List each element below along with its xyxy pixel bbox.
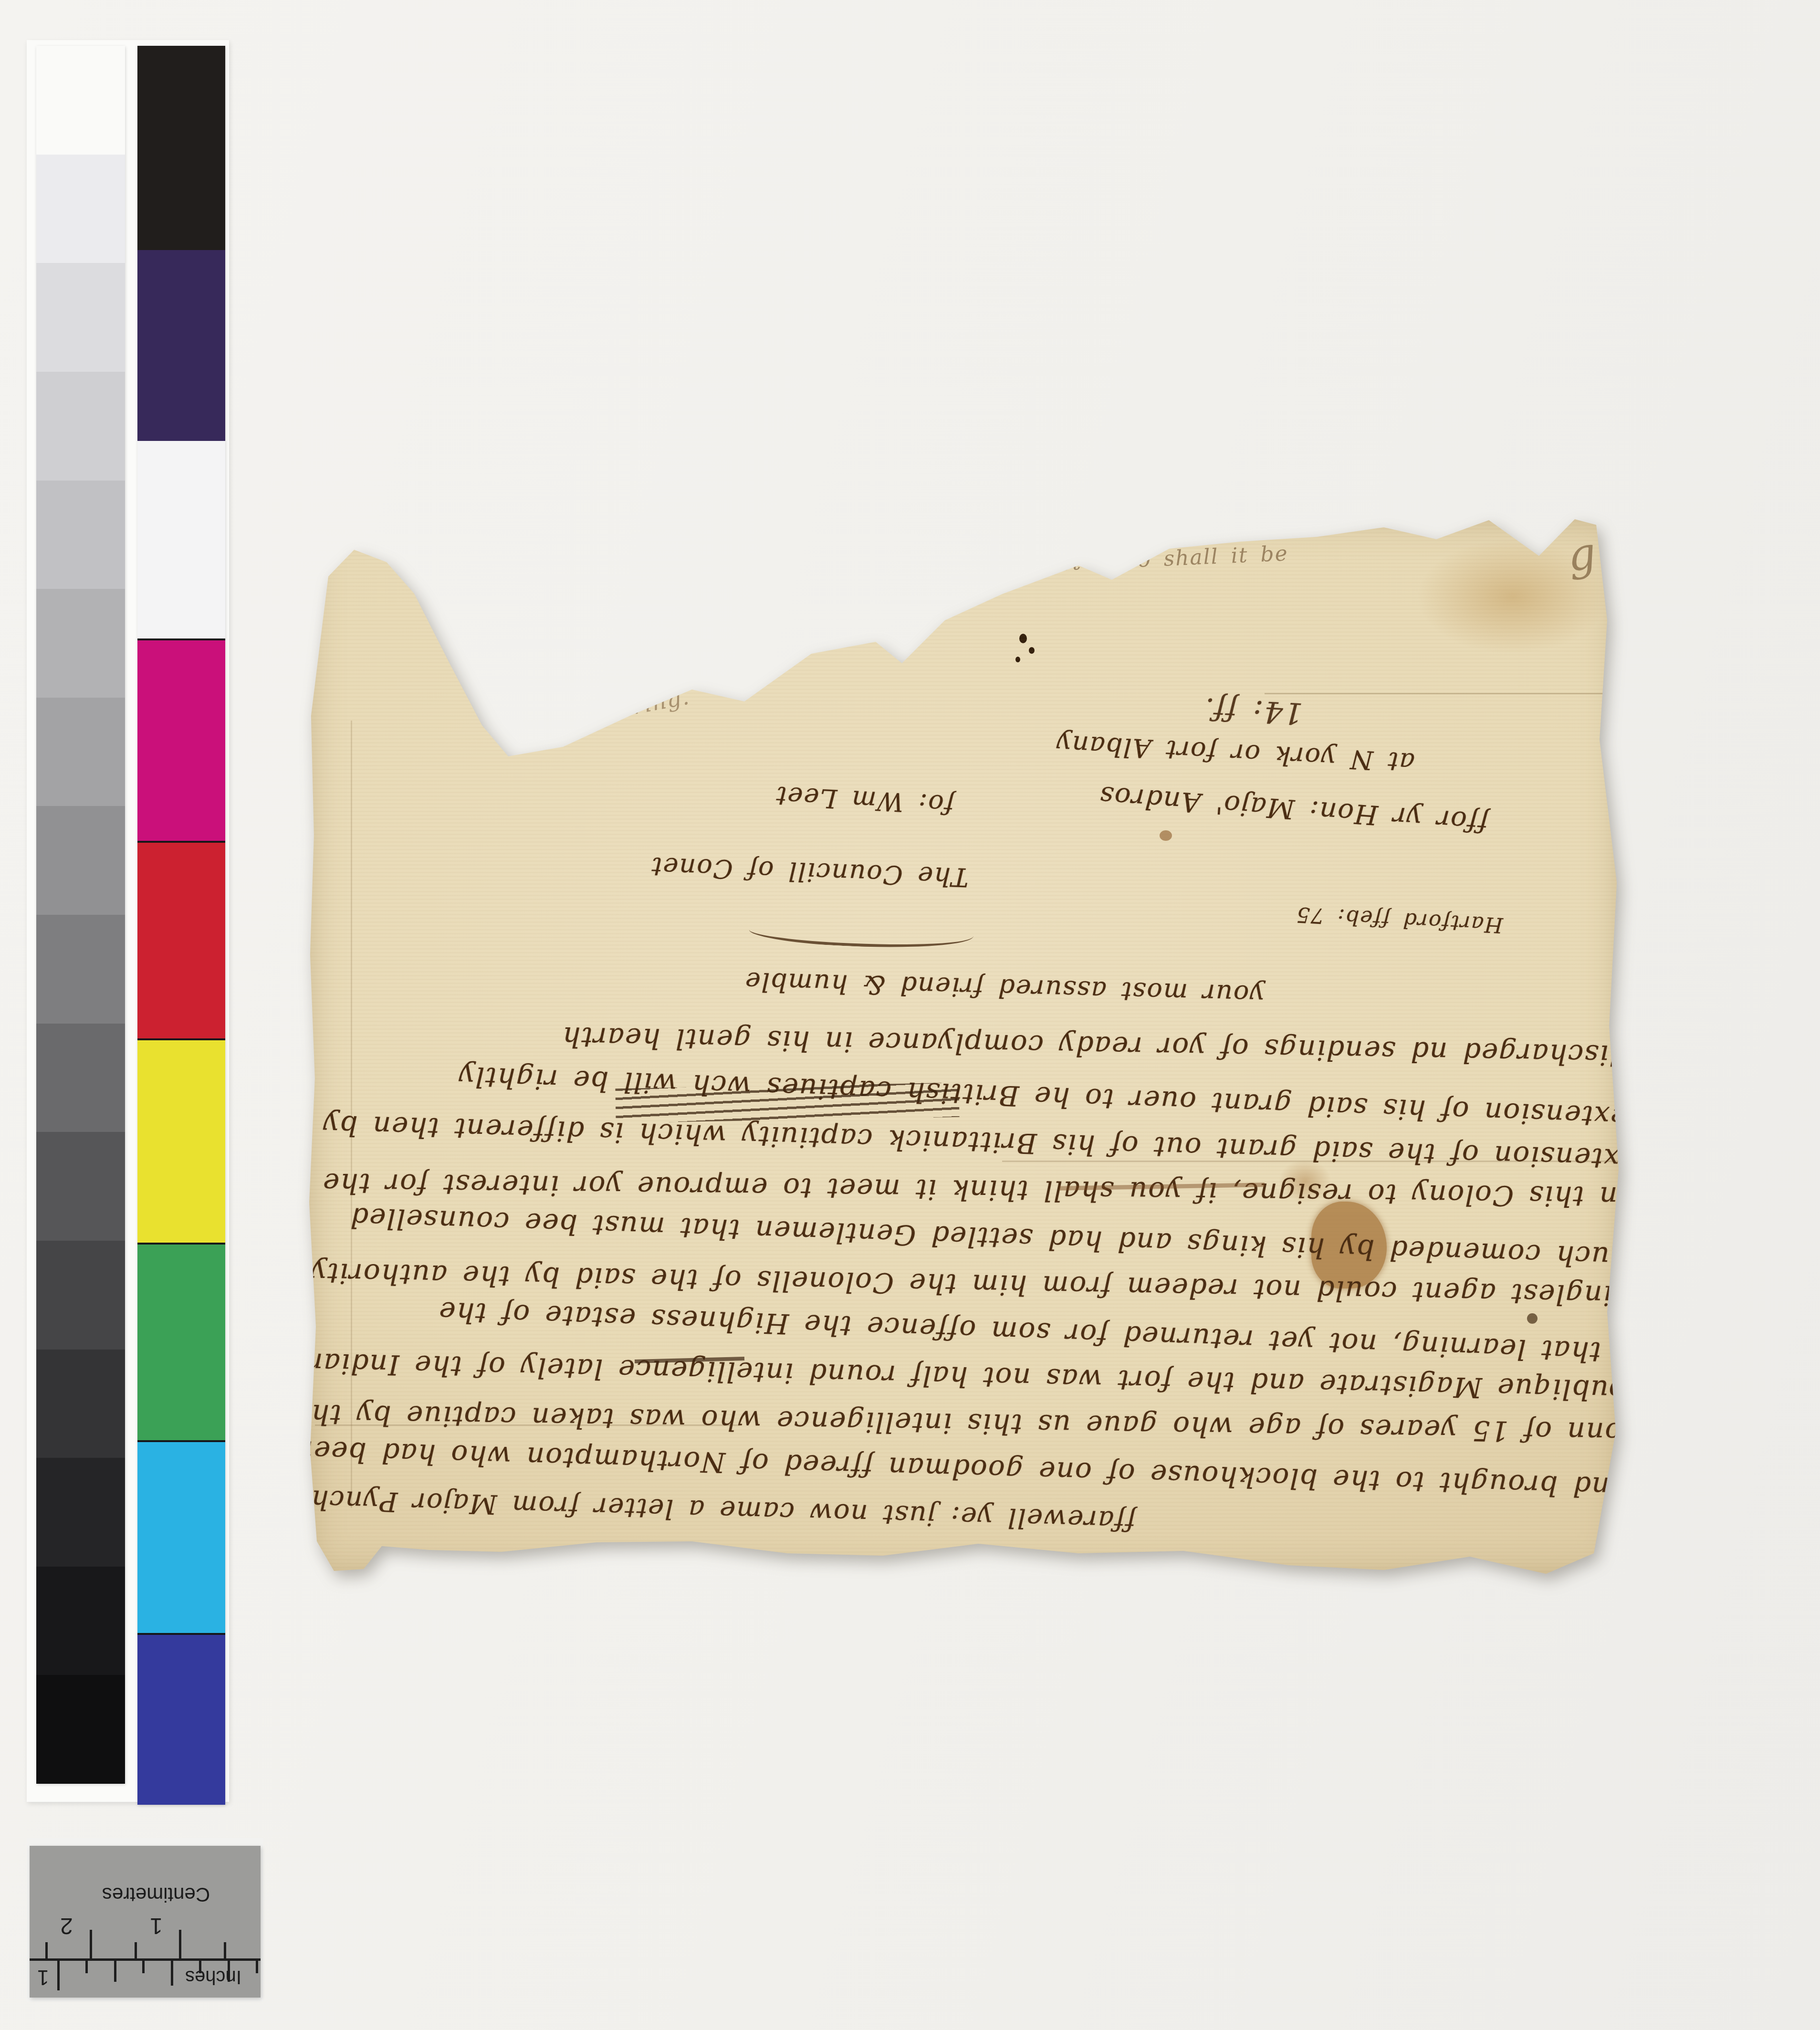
ink-blot: [1029, 647, 1035, 654]
handwriting-body-line: in this Colony to resigne, if you shall …: [339, 1167, 1628, 1213]
grayscale-step: [36, 589, 125, 698]
grayscale-step: [36, 1458, 125, 1567]
grayscale-step: [36, 372, 125, 481]
grayscale-step: [36, 698, 125, 806]
pen-flourish: [749, 913, 974, 953]
grayscale-step: [36, 481, 125, 589]
cm-tick-half: [224, 1942, 226, 1958]
docket-mark: 14: ff.: [1130, 688, 1303, 732]
grayscale-calibration-strip: [36, 46, 125, 1784]
ink-blot: [1015, 657, 1020, 662]
grayscale-step: [36, 1024, 125, 1132]
grayscale-step: [36, 806, 125, 915]
cm-number-1: 1: [150, 1913, 163, 1939]
faint-left-edge-writing: of o' onvetring.: [497, 658, 830, 744]
color-patch-yellow: [137, 1038, 225, 1243]
faint-top-edge-writing: much shan gle meet & so shall it be: [835, 527, 1618, 585]
cm-tick-major: [179, 1930, 181, 1958]
grayscale-step: [36, 46, 125, 155]
address-line-recipient: ffor yr Hon: Majo' Andros: [1030, 775, 1489, 838]
crease-line: [1265, 693, 1618, 694]
inch-tick-quarter: [114, 1961, 116, 1982]
small-dark-spot: [1527, 1313, 1538, 1324]
signoff-council-line: The Councill of Conet: [548, 848, 969, 893]
scale-ruler-card: Centimetres 2 1 1 Inches: [30, 1846, 261, 1998]
grayscale-step: [36, 1567, 125, 1675]
grayscale-step: [36, 263, 125, 372]
color-patch-white: [137, 441, 225, 638]
color-patch-black: [137, 46, 225, 250]
color-patch-cyan: [137, 1440, 225, 1633]
color-patch-red: [137, 841, 225, 1038]
cm-number-2: 2: [60, 1913, 73, 1939]
grayscale-step: [36, 155, 125, 263]
color-calibration-strip: [137, 46, 225, 1805]
color-patch-green: [137, 1243, 225, 1440]
ruler-centimetres-label: Centimetres: [75, 1883, 237, 1906]
closing-line: your most assured friend & humble: [405, 957, 1265, 1010]
manuscript-paper: much shan gle meet & so shall it be g of…: [305, 515, 1622, 1580]
grayscale-step: [36, 1241, 125, 1350]
ruler-baseline: [30, 1958, 261, 1961]
handwriting-postscript-line: ffarewell ye: just now came a letter fro…: [419, 1486, 1136, 1536]
grayscale-step: [36, 1350, 125, 1458]
dateline: Hartford ffeb: 75: [1226, 899, 1504, 937]
inch-tick-major: [57, 1961, 60, 1990]
inch-number-1: 1: [37, 1965, 49, 1989]
grayscale-step: [36, 1675, 125, 1784]
cm-tick-half: [45, 1942, 48, 1958]
cm-tick-half: [135, 1942, 137, 1958]
cm-tick-major: [90, 1930, 92, 1958]
color-patch-magenta: [137, 638, 225, 841]
inch-tick-minor: [85, 1961, 88, 1973]
grayscale-step: [36, 1132, 125, 1241]
manuscript-paper-wrap: much shan gle meet & so shall it be g of…: [305, 515, 1622, 1580]
inch-tick-minor: [142, 1961, 145, 1973]
color-patch-violet: [137, 250, 225, 441]
color-patch-blue: [137, 1633, 225, 1805]
address-line-place: at N york or fort Albany: [1023, 727, 1415, 778]
small-spot: [1160, 830, 1172, 841]
ruler-inches-label: Inches: [163, 1966, 263, 1988]
ink-blot: [1019, 634, 1027, 643]
signoff-per-line: fo: Wm Leet: [601, 772, 955, 820]
grayscale-step: [36, 915, 125, 1024]
photo-background: Centimetres 2 1 1 Inches: [0, 0, 1820, 2030]
